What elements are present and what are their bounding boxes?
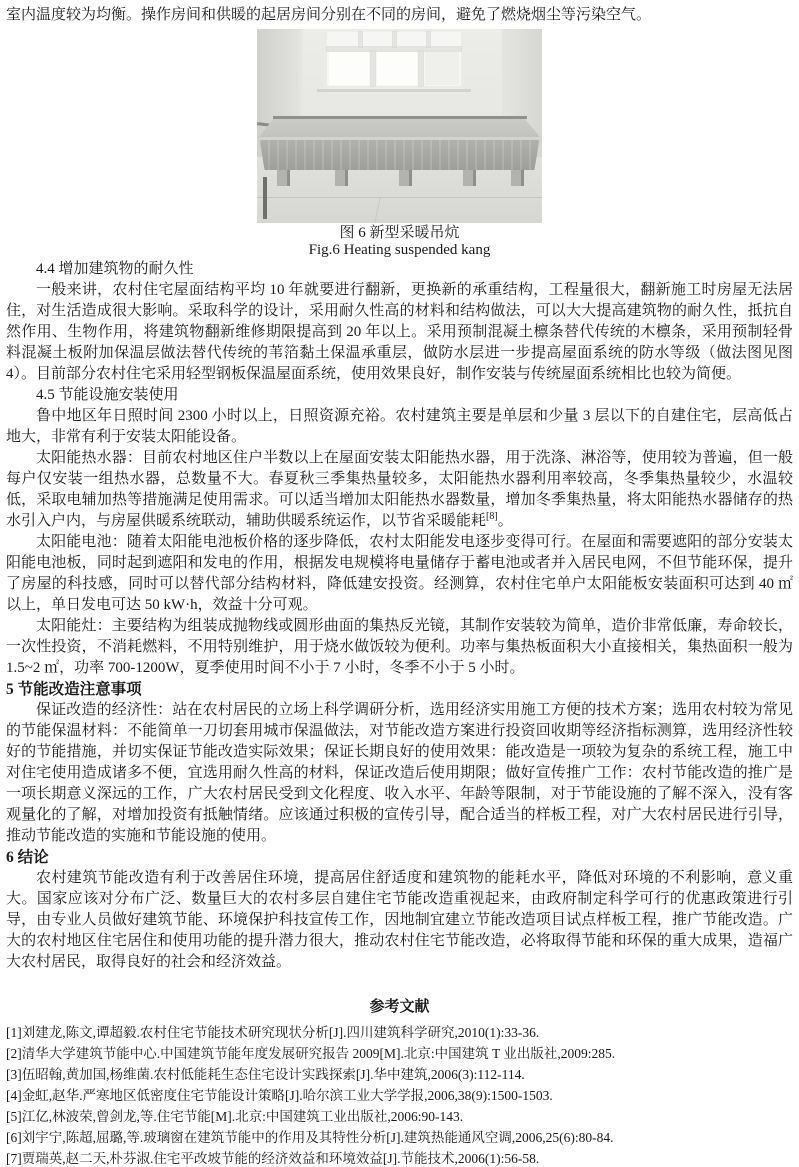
window-mullion [359, 32, 362, 47]
references-title: 参考文献 [6, 997, 793, 1018]
reference-item: [3]伍昭翰,黄加国,杨维菌.农村低能耗生态住宅设计实践探索[J].华中建筑,2… [6, 1064, 793, 1085]
section-6-heading: 6 结论 [6, 847, 793, 868]
citation-8-superscript: [8] [486, 511, 498, 522]
window-mullion [419, 51, 423, 86]
section-4-5-heading: 4.5 节能设施安装使用 [6, 385, 793, 406]
reference-item: [2]清华大学建筑节能中心.中国建筑节能年度发展研究报告 2009[M].北京:… [6, 1043, 793, 1064]
paragraph-tail: 。 [498, 513, 513, 529]
figure-caption-zh: 图 6 新型采暖吊炕 [6, 225, 793, 242]
section-4-5-paragraph-3: 太阳能电池：随着太阳能电池板价格的逐步降低，农村太阳能发电逐步变得可行。在屋面和… [6, 532, 793, 616]
paragraph-text: 太阳能热水器：目前农村地区住户半数以上在屋面安装太阳能热水器，用于洗涤、淋浴等，… [6, 450, 793, 529]
kang-back-shadow [273, 116, 527, 119]
section-4-5-paragraph-2: 太阳能热水器：目前农村地区住户半数以上在屋面安装太阳能热水器，用于洗涤、淋浴等，… [6, 448, 793, 532]
window-pane [329, 52, 369, 85]
window-sill [317, 89, 471, 92]
figure-6: 图 6 新型采暖吊炕 Fig.6 Heating suspended kang [6, 29, 793, 259]
paper-page: 室内温度较为均衡。操作房间和供暖的起居房间分别在不同的房间，避免了燃烧烟尘等污染… [0, 0, 799, 1167]
reference-item: [5]江亿,林波荣,曾剑龙,等.住宅节能[M].北京:中国建筑工业出版社,200… [6, 1106, 793, 1127]
figure-caption-en: Fig.6 Heating suspended kang [6, 242, 793, 259]
window-pane [377, 52, 417, 85]
window-mullion [371, 51, 375, 86]
window-mullion [427, 32, 430, 47]
reference-item: [1]刘建龙,陈文,谭超毅.农村住宅节能技术研究现状分析[J].四川建筑科学研究… [6, 1022, 793, 1043]
kang-leg [335, 170, 348, 186]
kang-leg [277, 170, 290, 186]
references-list: [1]刘建龙,陈文,谭超毅.农村住宅节能技术研究现状分析[J].四川建筑科学研究… [6, 1022, 793, 1167]
section-4-4-paragraph: 一般来讲，农村住宅屋面结构平均 10 年就要进行翻新，更换新的承重结构，工程量很… [6, 280, 793, 385]
photo-window [324, 29, 464, 89]
corner-pipe [263, 177, 267, 219]
section-5-heading: 5 节能改造注意事项 [6, 679, 793, 700]
reference-item: [4]金虹,赵华.严寒地区低密度住宅节能设计策略[J].哈尔滨工业大学学报,20… [6, 1085, 793, 1106]
kang-leg [463, 170, 476, 186]
section-4-5-paragraph-1: 鲁中地区年日照时间 2300 小时以上，日照资源充裕。农村建筑主要是单层和少量 … [6, 406, 793, 448]
kang-leg [399, 170, 412, 186]
floor-tile-line [257, 197, 542, 198]
kang-photo [257, 29, 542, 223]
window-mullion [393, 32, 396, 47]
kang-leg [511, 170, 524, 186]
reference-item: [6]刘宇宁,陈超,屈璐,等.玻璃窗在建筑节能中的作用及其特性分析[J].建筑热… [6, 1127, 793, 1148]
section-4-4-heading: 4.4 增加建筑物的耐久性 [6, 259, 793, 280]
section-4-5-paragraph-4: 太阳能灶：主要结构为组装成抛物线或圆形曲面的集热反光镜，其制作安装较为简单，造价… [6, 616, 793, 679]
reference-item: [7]贾瑞英,赵二天,朴芬淑.住宅平改坡节能的经济效益和环境效益[J].节能技术… [6, 1148, 793, 1167]
window-pane [425, 52, 459, 85]
kang-front-face [259, 137, 540, 170]
window-transom-bar [327, 47, 461, 51]
intro-paragraph: 室内温度较为均衡。操作房间和供暖的起居房间分别在不同的房间，避免了燃烧烟尘等污染… [6, 5, 793, 26]
section-6-paragraph: 农村建筑节能改造有利于改善居住环境，提高居住舒适度和建筑物的能耗水平，降低对环境… [6, 868, 793, 973]
section-5-paragraph: 保证改造的经济性：站在农村居民的立场上科学调研分析，选用经济实用施工方便的技术方… [6, 700, 793, 847]
